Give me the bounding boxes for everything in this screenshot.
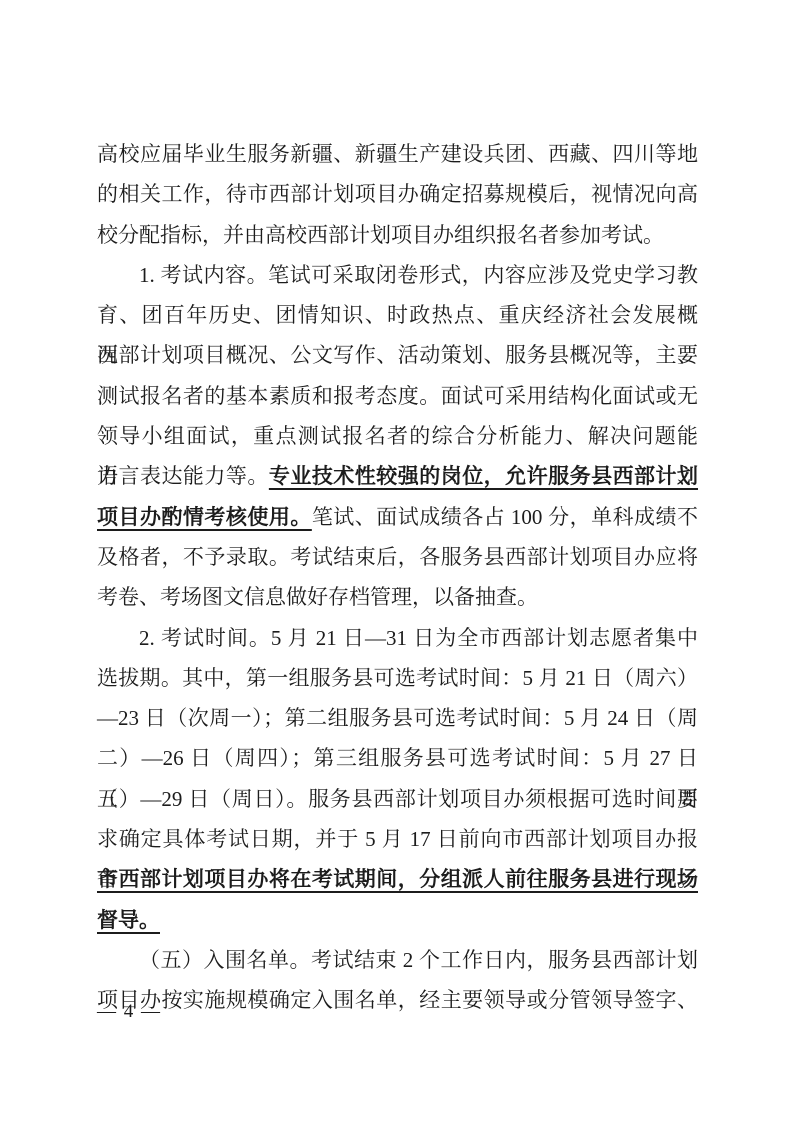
line-18: 求确定具体考试日期，并于 5 月 17 日前向市西部计划项目办报备。 xyxy=(97,819,698,859)
line-09: 语言表达能力等。专业技术性较强的岗位，允许服务县西部计划 xyxy=(97,456,698,496)
line-13: 2. 考试时间。5 月 21 日—31 日为全市西部计划志愿者集中 xyxy=(97,618,698,658)
body-text: 考卷、考场图文信息做好存档管理，以备抽查。 xyxy=(97,585,538,609)
body-text: 校分配指标，并由高校西部计划项目办组织报名者参加考试。 xyxy=(97,223,664,247)
line-21: （五）入围名单。考试结束 2 个工作日内，服务县西部计划 xyxy=(97,940,698,980)
line-06: 西部计划项目概况、公文写作、活动策划、服务县概况等，主要 xyxy=(97,335,698,375)
body-text: 语言表达能力等。 xyxy=(97,464,269,488)
line-17: 五）—29 日（周日）。服务县西部计划项目办须根据可选时间要 xyxy=(97,779,698,819)
emphasis-underlined-text: 专业技术性较强的岗位，允许服务县西部计划 xyxy=(269,465,698,488)
emphasis-underlined-text: 市西部计划项目办将在考试期间，分组派人前往服务县进行现场 xyxy=(97,868,698,891)
line-10: 项目办酌情考核使用。笔试、面试成绩各占 100 分，单科成绩不 xyxy=(97,497,698,537)
line-02: 的相关工作，待市西部计划项目办确定招募规模后，视情况向高 xyxy=(97,174,698,214)
emphasis-underlined-text: 项目办酌情考核使用。 xyxy=(97,506,312,529)
line-22: 项目办按实施规模确定入围名单，经主要领导或分管领导签字、 xyxy=(97,980,698,1020)
body-text: —23 日（次周一）；第二组服务县可选考试时间：5 月 24 日（周 xyxy=(97,706,698,730)
line-07: 测试报名者的基本素质和报考态度。面试可采用结构化面试或无 xyxy=(97,376,698,416)
document-page: 高校应届毕业生服务新疆、新疆生产建设兵团、西藏、四川等地的相关工作，待市西部计划… xyxy=(0,0,793,1122)
body-text: 笔试、面试成绩各占 100 分，单科成绩不 xyxy=(312,505,698,529)
body-text: 项目办按实施规模确定入围名单，经主要领导或分管领导签字、 xyxy=(97,988,698,1012)
page-number: — 4 — xyxy=(97,1001,162,1022)
emphasis-underlined-text: 督导。 xyxy=(97,909,160,932)
text-block: 高校应届毕业生服务新疆、新疆生产建设兵团、西藏、四川等地的相关工作，待市西部计划… xyxy=(97,134,698,1021)
line-03: 校分配指标，并由高校西部计划项目办组织报名者参加考试。 xyxy=(97,215,698,255)
line-11: 及格者，不予录取。考试结束后，各服务县西部计划项目办应将 xyxy=(97,537,698,577)
line-04: 1. 考试内容。笔试可采取闭卷形式，内容应涉及党史学习教 xyxy=(97,255,698,295)
body-text: 及格者，不予录取。考试结束后，各服务县西部计划项目办应将 xyxy=(97,545,698,569)
line-19: 市西部计划项目办将在考试期间，分组派人前往服务县进行现场 xyxy=(97,859,698,899)
body-text: 西部计划项目概况、公文写作、活动策划、服务县概况等，主要 xyxy=(97,343,698,367)
body-text: 高校应届毕业生服务新疆、新疆生产建设兵团、西藏、四川等地 xyxy=(97,142,698,166)
line-16: 二）—26 日（周四）；第三组服务县可选考试时间：5 月 27 日（周 xyxy=(97,738,698,778)
line-20: 督导。 xyxy=(97,900,698,940)
line-05: 育、团百年历史、团情知识、时政热点、重庆经济社会发展概况、 xyxy=(97,295,698,335)
body-text: 2. 考试时间。5 月 21 日—31 日为全市西部计划志愿者集中 xyxy=(139,626,698,650)
body-text: 1. 考试内容。笔试可采取闭卷形式，内容应涉及党史学习教 xyxy=(139,263,698,287)
body-text: 五）—29 日（周日）。服务县西部计划项目办须根据可选时间要 xyxy=(97,787,698,811)
line-14: 选拔期。其中，第一组服务县可选考试时间：5 月 21 日（周六） xyxy=(97,658,698,698)
body-text: 选拔期。其中，第一组服务县可选考试时间：5 月 21 日（周六） xyxy=(97,666,698,690)
line-01: 高校应届毕业生服务新疆、新疆生产建设兵团、西藏、四川等地 xyxy=(97,134,698,174)
body-text: （五）入围名单。考试结束 2 个工作日内，服务县西部计划 xyxy=(139,948,698,972)
line-15: —23 日（次周一）；第二组服务县可选考试时间：5 月 24 日（周 xyxy=(97,698,698,738)
body-text: 的相关工作，待市西部计划项目办确定招募规模后，视情况向高 xyxy=(97,182,698,206)
line-08: 领导小组面试，重点测试报名者的综合分析能力、解决问题能力、 xyxy=(97,416,698,456)
body-text: 测试报名者的基本素质和报考态度。面试可采用结构化面试或无 xyxy=(97,384,698,408)
line-12: 考卷、考场图文信息做好存档管理，以备抽查。 xyxy=(97,577,698,617)
